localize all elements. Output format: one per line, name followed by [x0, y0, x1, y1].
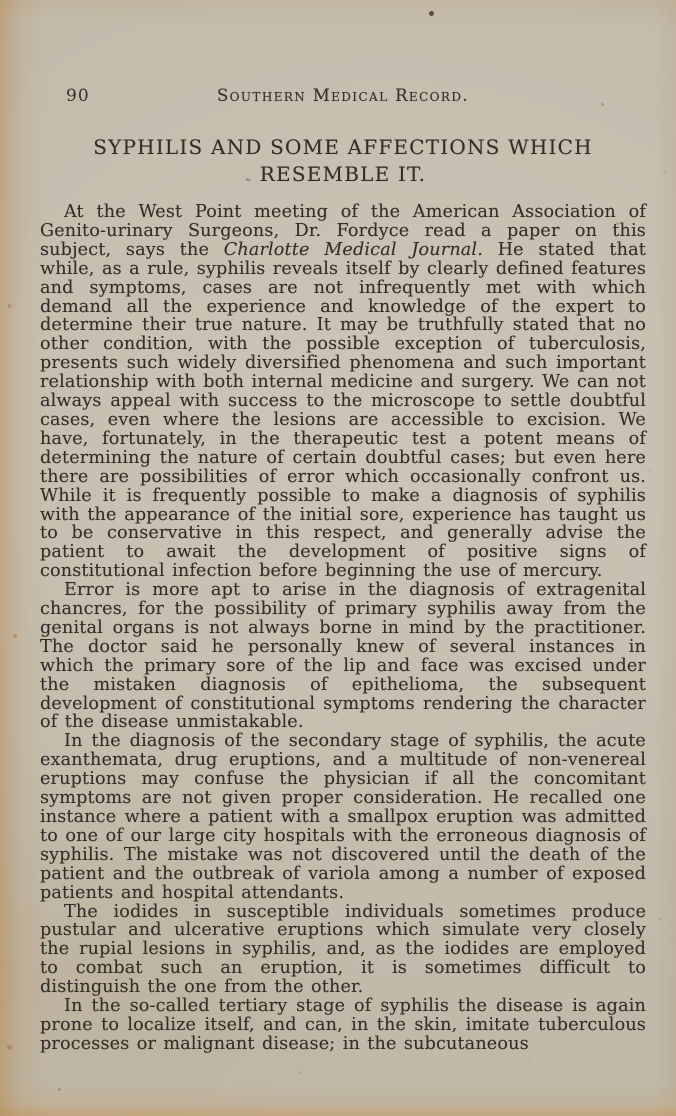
journal-header: Southern Medical Record. [217, 86, 469, 105]
paper-speck [7, 1045, 12, 1050]
paragraph: At the West Point meeting of the America… [40, 203, 646, 581]
paragraph: In the so-called tertiary stage of syphi… [40, 997, 646, 1054]
paper-speck [13, 634, 17, 638]
stray-type-mark: ₂ [234, 178, 261, 182]
article-title-line2-wrap: ₂RESEMBLE IT. [260, 161, 426, 188]
journal-reference-italic: Charlotte Medical Journal. [224, 240, 483, 260]
paper-speck [649, 469, 651, 471]
page-number: 90 [66, 86, 90, 106]
paragraph-text: He stated that while, as a rule, syphili… [40, 240, 646, 581]
paper-speck [529, 1057, 531, 1059]
article-title: SYPHILIS AND SOME AFFECTIONS WHICH ₂RESE… [40, 134, 646, 188]
paper-speck [299, 1071, 302, 1074]
article-title-line2: RESEMBLE IT. [260, 162, 426, 186]
paper-speck [429, 11, 434, 16]
scanned-journal-page: 90 Southern Medical Record. SYPHILIS AND… [0, 0, 676, 1116]
paragraph: Error is more apt to arise in the diagno… [40, 581, 646, 732]
paragraph: In the diagnosis of the secondary stage … [40, 732, 646, 902]
article-body: At the West Point meeting of the America… [40, 203, 646, 1054]
paragraph: The iodides in susceptible individuals s… [40, 903, 646, 998]
article-title-line1: SYPHILIS AND SOME AFFECTIONS WHICH [93, 135, 593, 159]
paper-speck [664, 171, 667, 174]
page-header: 90 Southern Medical Record. [40, 86, 646, 108]
paper-speck [58, 1088, 61, 1091]
paper-speck [659, 918, 662, 921]
paper-speck [8, 304, 11, 308]
